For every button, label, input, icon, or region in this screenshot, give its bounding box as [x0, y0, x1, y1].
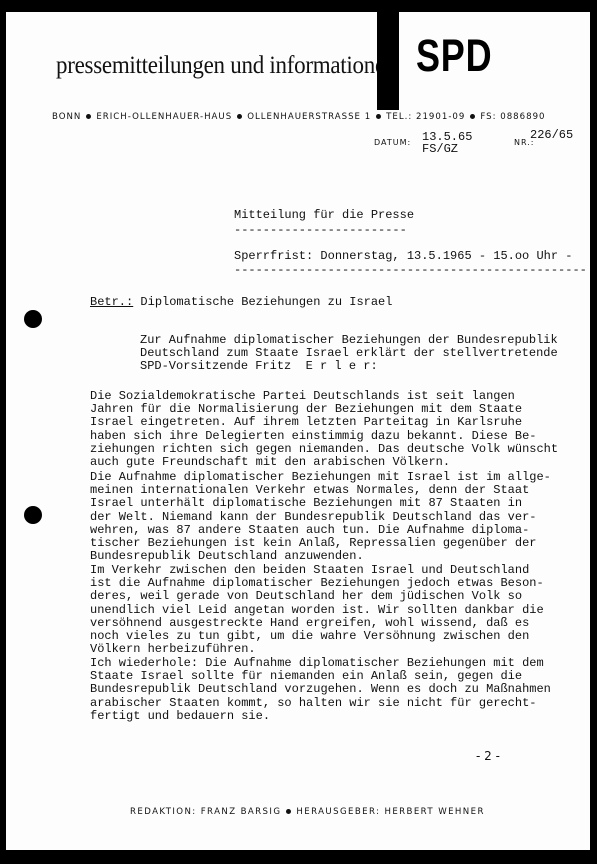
- bullet-icon: [286, 809, 291, 814]
- datum-label: DATUM:: [374, 138, 411, 147]
- address-street: OLLENHAUERSTRASSE 1: [247, 112, 371, 122]
- body-paragraph: Die Aufnahme diplomatischer Beziehungen …: [90, 471, 551, 563]
- press-notice: Mitteilung für die Presse: [234, 208, 414, 222]
- address-city: BONN: [52, 112, 81, 122]
- address-phone: TEL.: 21901-09: [386, 112, 465, 122]
- masthead-divider-bar: [377, 12, 399, 110]
- embargo-line: Sperrfrist: Donnerstag, 13.5.1965 - 15.o…: [234, 249, 572, 263]
- punch-hole-top: [24, 310, 42, 328]
- address-line: BONNERICH-OLLENHAUER-HAUSOLLENHAUERSTRAS…: [52, 112, 546, 122]
- body-paragraph: Ich wiederhole: Die Aufnahme diplomatisc…: [90, 657, 551, 723]
- document-page: pressemitteilungen und informationen SPD…: [6, 12, 590, 850]
- bullet-icon: [237, 114, 242, 119]
- masthead-title: pressemitteilungen und informationen: [56, 52, 396, 80]
- number-value: 226/65: [530, 128, 573, 142]
- press-notice-rule: ------------------------: [234, 223, 407, 237]
- footer-publisher: HERAUSGEBER: HERBERT WEHNER: [296, 807, 484, 817]
- bullet-icon: [470, 114, 475, 119]
- page-number: - 2 -: [476, 749, 500, 763]
- body-paragraph: Im Verkehr zwischen den beiden Staaten I…: [90, 564, 544, 656]
- footer-line: REDAKTION: FRANZ BARSIGHERAUSGEBER: HERB…: [130, 807, 485, 817]
- body-paragraph: Die Sozialdemokratische Partei Deutschla…: [90, 390, 558, 469]
- address-building: ERICH-OLLENHAUER-HAUS: [96, 112, 232, 122]
- reference-initials: FS/GZ: [422, 142, 458, 156]
- bullet-icon: [86, 114, 91, 119]
- address-telex: FS: 0886890: [480, 112, 545, 122]
- footer-editor: REDAKTION: FRANZ BARSIG: [130, 807, 281, 817]
- intro-paragraph: Zur Aufnahme diplomatischer Beziehungen …: [140, 334, 558, 374]
- subject-line: Betr.: Diplomatische Beziehungen zu Isra…: [90, 295, 392, 309]
- subject-text: Diplomatische Beziehungen zu Israel: [133, 295, 392, 309]
- punch-hole-bottom: [24, 506, 42, 524]
- embargo-rule: ----------------------------------------…: [234, 263, 587, 277]
- subject-label: Betr.:: [90, 295, 133, 309]
- spd-logo: SPD: [416, 30, 492, 82]
- bullet-icon: [376, 114, 381, 119]
